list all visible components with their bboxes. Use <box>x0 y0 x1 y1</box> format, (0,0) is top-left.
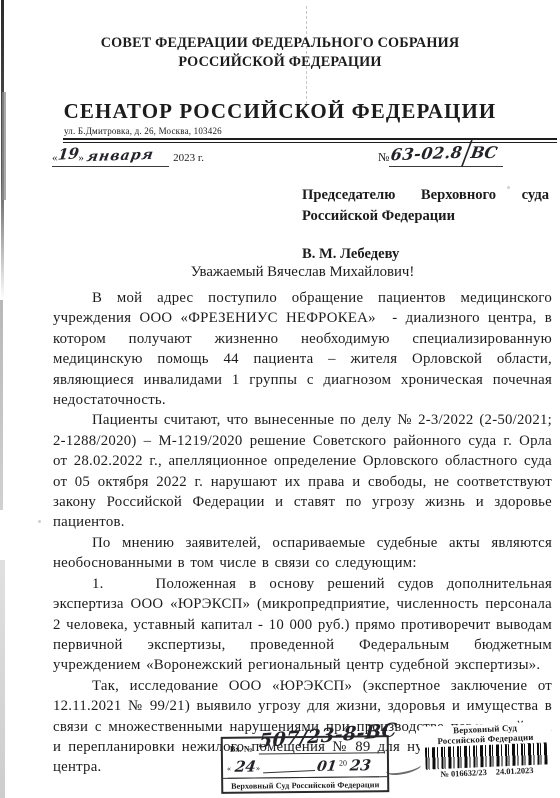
stamp-incoming-label: Вх. № <box>230 744 253 754</box>
stamp-org-name: Верховный Суд Российской Федерации <box>223 776 387 791</box>
stamp-date-row: « 24 » 01 20 23 <box>223 755 387 779</box>
stamp-quote-close: » <box>256 763 260 772</box>
body-paragraph: По мнению заявителей, оспариваемые судеб… <box>53 533 552 574</box>
stamp-printed-century: 20 <box>339 759 347 768</box>
body-paragraph: 1. Положенная в основу решений судов доп… <box>53 574 552 676</box>
stamp-number-underline <box>259 752 385 754</box>
org-name-line2: РОССИЙСКОЙ ФЕДЕРАЦИИ <box>0 53 560 72</box>
org-name-line1: СОВЕТ ФЕДЕРАЦИИ ФЕДЕРАЛЬНОГО СОБРАНИЯ <box>0 34 560 53</box>
recipient-title-line1: Председателю Верховного суда <box>302 185 549 206</box>
salutation: Уважаемый Вячеслав Михайлович! <box>53 264 552 281</box>
date-underline-segment: «19» января <box>52 147 169 167</box>
scan-edge-artifact <box>0 300 3 510</box>
handwritten-number: 63-02.8 <box>390 143 464 164</box>
number-sign: № <box>378 150 389 164</box>
stamp-dash-stroke <box>263 770 315 773</box>
scanned-letter-page: СОВЕТ ФЕДЕРАЦИИ ФЕДЕРАЛЬНОГО СОБРАНИЯ РО… <box>0 0 560 798</box>
body-paragraph: Пациенты считают, что вынесенные по делу… <box>53 410 552 532</box>
printed-year: 2023 г. <box>173 152 204 164</box>
stamp-quote-open: « <box>227 764 231 773</box>
stamp-handwritten-day: 24 <box>234 758 257 776</box>
incoming-stamp: Вх. № 507/23-8-ВС « 24 » 01 20 23 Верхов… <box>221 735 390 794</box>
letterhead-org-name: СОВЕТ ФЕДЕРАЦИИ ФЕДЕРАЛЬНОГО СОБРАНИЯ РО… <box>0 34 560 72</box>
letterhead-address: ул. Б.Дмитровка, д. 26, Москва, 103426 <box>64 126 222 136</box>
scan-speck <box>38 520 41 523</box>
document-number: №63-02.8/ВС <box>378 146 503 167</box>
quote-close: » <box>78 152 84 164</box>
barcode-sticker: Верховный Суд Российской Федерации № 016… <box>419 721 553 780</box>
recipient-name: В. М. Лебедеву <box>302 244 549 265</box>
body-paragraph: В мой адрес поступило обращение пациенто… <box>53 288 552 410</box>
stamp-handwritten-year: 23 <box>349 756 372 774</box>
handwritten-day: 19 <box>56 144 79 163</box>
letterhead-title: СЕНАТОР РОССИЙСКОЙ ФЕДЕРАЦИИ <box>0 99 560 124</box>
recipient-title-line2: Российской Федерации <box>302 206 549 227</box>
recipient-block: Председателю Верховного суда Российской … <box>302 185 549 265</box>
barcode-date: 24.01.2023 <box>496 766 534 777</box>
scan-edge-artifact <box>0 560 5 798</box>
handwritten-month: января <box>85 147 155 165</box>
stamp-handwritten-month: 01 <box>316 759 338 775</box>
document-date: «19» января2023 г. <box>52 147 204 167</box>
number-underline-segment: 63-02.8/ВС <box>389 146 502 167</box>
handwritten-suffix: ВС <box>469 143 498 162</box>
letter-body: В мой адрес поступило обращение пациенто… <box>53 288 552 778</box>
